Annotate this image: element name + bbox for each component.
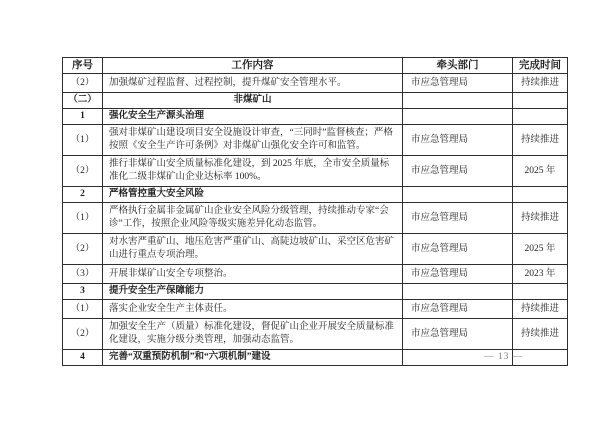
content-cell: 非煤矿山 xyxy=(103,93,403,109)
serial-cell: （2） xyxy=(63,319,103,350)
content-cell: 完善“双重预防机制”和“六项机制”建设 xyxy=(103,350,403,366)
deadline-cell: 持续推进 xyxy=(513,203,568,234)
serial-cell: （1） xyxy=(63,300,103,319)
serial-cell: （2） xyxy=(63,234,103,265)
serial-cell: 4 xyxy=(63,350,103,366)
deadline-cell: 2025 年 xyxy=(513,156,568,187)
deadline-cell xyxy=(513,187,568,203)
department-cell: 市应急管理局 xyxy=(403,74,513,93)
scanned-document-page: 序号 工作内容 牵头部门 完成时间 （2）加强煤矿过程监督、过程控制，提升煤矿安… xyxy=(0,0,600,424)
table-header-row: 序号 工作内容 牵头部门 完成时间 xyxy=(63,58,568,74)
column-header-content: 工作内容 xyxy=(103,58,403,74)
deadline-cell xyxy=(513,93,568,109)
content-cell: 严格管控重大安全风险 xyxy=(103,187,403,203)
column-header-department: 牵头部门 xyxy=(403,58,513,74)
content-cell: 强化安全生产源头治理 xyxy=(103,109,403,125)
deadline-cell: 2023 年 xyxy=(513,265,568,284)
column-header-deadline: 完成时间 xyxy=(513,58,568,74)
department-cell xyxy=(403,187,513,203)
table-row: （1）落实企业安全生产主体责任。市应急管理局持续推进 xyxy=(63,300,568,319)
content-cell: 对水害严重矿山、地压危害严重矿山、高陡边坡矿山、采空区危害矿山进行重点专项治理。 xyxy=(103,234,403,265)
content-cell: 严格执行金属非金属矿山企业安全风险分级管理，持续推动专家“会诊”工作，按照企业风… xyxy=(103,203,403,234)
content-cell: 提升安全生产保障能力 xyxy=(103,284,403,300)
table-row: （2）加强煤矿过程监督、过程控制，提升煤矿安全管理水平。市应急管理局持续推进 xyxy=(63,74,568,93)
serial-cell: 3 xyxy=(63,284,103,300)
department-cell: 市应急管理局 xyxy=(403,203,513,234)
serial-cell: （二） xyxy=(63,93,103,109)
deadline-cell xyxy=(513,284,568,300)
content-cell: 推行非煤矿山安全质量标准化建设，到 2025 年底，全市安全质量标准化二级非煤矿… xyxy=(103,156,403,187)
department-cell: 市应急管理局 xyxy=(403,265,513,284)
work-plan-table: 序号 工作内容 牵头部门 完成时间 （2）加强煤矿过程监督、过程控制，提升煤矿安… xyxy=(62,57,568,366)
page-number: — 13 — xyxy=(484,352,523,362)
content-cell: 开展非煤矿山安全专项整治。 xyxy=(103,265,403,284)
department-cell xyxy=(403,109,513,125)
deadline-cell: 持续推进 xyxy=(513,74,568,93)
table-row: （2）对水害严重矿山、地压危害严重矿山、高陡边坡矿山、采空区危害矿山进行重点专项… xyxy=(63,234,568,265)
table-row: （1）强对非煤矿山建设项目安全设施设计审查，“三同时”监督核查；严格按照《安全生… xyxy=(63,125,568,156)
department-cell: 市应急管理局 xyxy=(403,125,513,156)
department-cell: 市应急管理局 xyxy=(403,319,513,350)
content-cell: 强对非煤矿山建设项目安全设施设计审查，“三同时”监督核查；严格按照《安全生产许可… xyxy=(103,125,403,156)
deadline-cell: 2025 年 xyxy=(513,234,568,265)
table-row: 2严格管控重大安全风险 xyxy=(63,187,568,203)
serial-cell: （2） xyxy=(63,74,103,93)
deadline-cell: 持续推进 xyxy=(513,319,568,350)
department-cell xyxy=(403,93,513,109)
serial-cell: （1） xyxy=(63,125,103,156)
content-cell: 落实企业安全生产主体责任。 xyxy=(103,300,403,319)
table-row: （1）严格执行金属非金属矿山企业安全风险分级管理，持续推动专家“会诊”工作，按照… xyxy=(63,203,568,234)
table-row: （2）推行非煤矿山安全质量标准化建设，到 2025 年底，全市安全质量标准化二级… xyxy=(63,156,568,187)
content-cell: 加强煤矿过程监督、过程控制，提升煤矿安全管理水平。 xyxy=(103,74,403,93)
table-row: （2）加强安全生产（质量）标准化建设，督促矿山企业开展安全质量标准化建设，实施分… xyxy=(63,319,568,350)
serial-cell: （3） xyxy=(63,265,103,284)
table-row: （二）非煤矿山 xyxy=(63,93,568,109)
deadline-cell: 持续推进 xyxy=(513,125,568,156)
table-row: （3）开展非煤矿山安全专项整治。市应急管理局2023 年 xyxy=(63,265,568,284)
serial-cell: （1） xyxy=(63,203,103,234)
serial-cell: （2） xyxy=(63,156,103,187)
column-header-serial: 序号 xyxy=(63,58,103,74)
deadline-cell: 持续推进 xyxy=(513,300,568,319)
deadline-cell xyxy=(513,109,568,125)
content-cell: 加强安全生产（质量）标准化建设，督促矿山企业开展安全质量标准化建设，实施分级分类… xyxy=(103,319,403,350)
department-cell xyxy=(403,284,513,300)
table-row: 3提升安全生产保障能力 xyxy=(63,284,568,300)
table-row: 1强化安全生产源头治理 xyxy=(63,109,568,125)
department-cell: 市应急管理局 xyxy=(403,156,513,187)
serial-cell: 2 xyxy=(63,187,103,203)
department-cell: 市应急管理局 xyxy=(403,300,513,319)
serial-cell: 1 xyxy=(63,109,103,125)
department-cell: 市应急管理局 xyxy=(403,234,513,265)
